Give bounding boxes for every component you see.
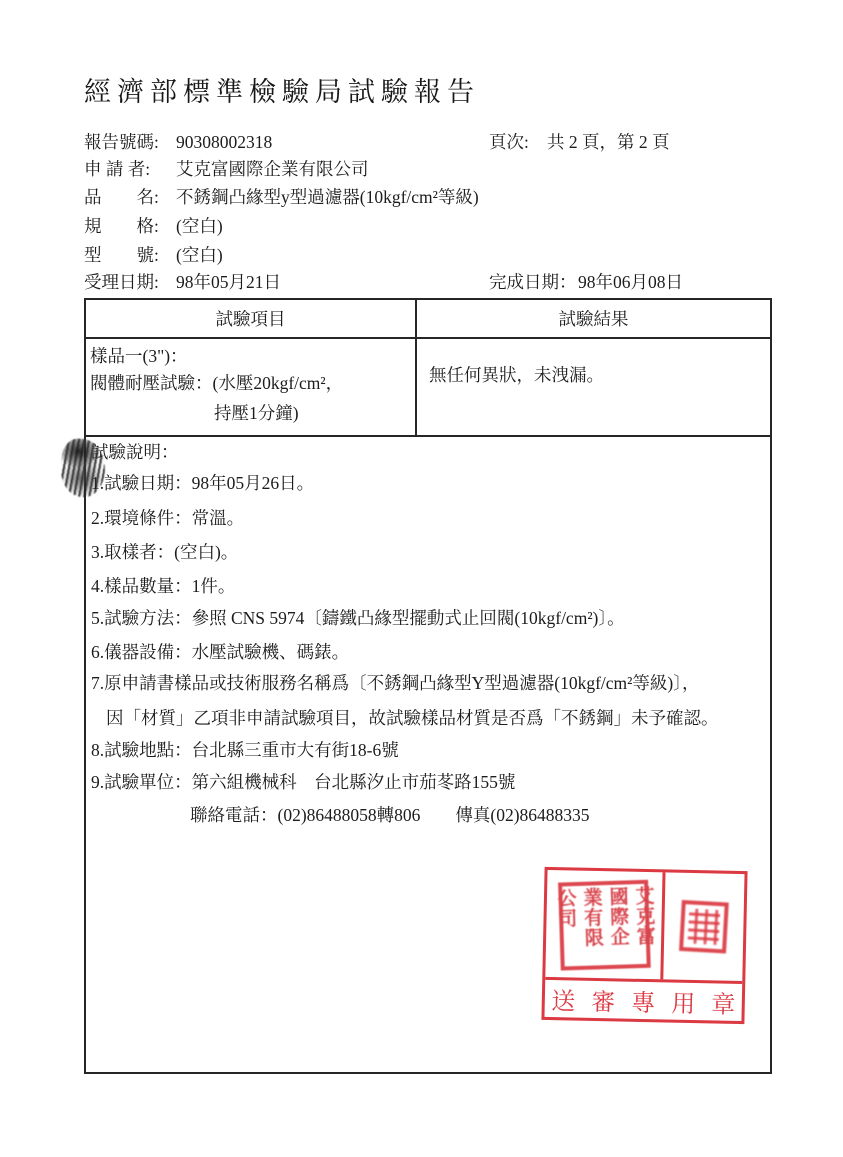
test-result-text: 無任何異狀，未洩漏。 <box>429 362 604 387</box>
model-value: (空白) <box>176 244 223 266</box>
stamp-legend: 送審專用章 <box>544 980 742 1021</box>
notes-heading: 試驗說明： <box>91 439 179 464</box>
spec-value: (空白) <box>176 215 223 237</box>
note-line-6: 6.儀器設備：水壓試驗機、碼錶。 <box>91 639 349 664</box>
sample-line: 樣品一(3")： <box>90 343 188 368</box>
test-duration-line: 持壓1分鐘) <box>214 400 299 425</box>
complete-date-value: 98年06月08日 <box>578 271 683 293</box>
personal-seal-icon <box>679 900 729 954</box>
scanned-report-page: 經濟部標準檢驗局試驗報告 報告號碼: 90308002318 頁次: 共 2 頁… <box>0 0 843 1157</box>
column-header-test-item: 試驗項目 <box>86 300 417 337</box>
note-line-2: 2.環境條件：常溫。 <box>91 505 244 530</box>
note-line-9: 9.試驗單位：第六組機械科 台北縣汐止市茄苳路155號 <box>91 769 515 794</box>
note-line-3: 3.取樣者：(空白)。 <box>91 539 238 564</box>
report-no-label: 報告號碼: <box>84 131 159 153</box>
model-label: 型 號: <box>84 244 159 266</box>
spec-label: 規 格: <box>84 215 159 237</box>
note-line-1: 1.試驗日期：98年05月26日。 <box>91 470 314 495</box>
product-name-label: 品 名: <box>84 186 159 208</box>
applicant-label: 申 請 者: <box>84 158 150 180</box>
page-count-value: 共 2 頁，第 2 頁 <box>547 131 670 153</box>
personal-seal-cell <box>663 872 744 981</box>
note-line-7-continued: 因「材質」乙項非申請試驗項目，故試驗樣品材質是否爲「不銹鋼」未予確認。 <box>106 705 719 730</box>
column-header-test-result: 試驗結果 <box>417 300 770 337</box>
page-count-label: 頁次: <box>489 131 529 153</box>
submission-stamp: 艾克富國際企業有限公司 送審專用章 <box>541 867 747 1024</box>
accept-date-value: 98年05月21日 <box>176 271 281 293</box>
page-title: 經濟部標準檢驗局試驗報告 <box>84 70 480 109</box>
note-line-8: 8.試驗地點：台北縣三重市大有街18-6號 <box>91 737 399 762</box>
report-no-value: 90308002318 <box>176 131 272 153</box>
company-seal-cell: 艾克富國際企業有限公司 <box>545 870 665 979</box>
test-method-line: 閥體耐壓試驗：(水壓20kgf/cm²， <box>90 370 343 395</box>
note-line-5: 5.試驗方法：參照 CNS 5974〔鑄鐵凸緣型擺動式止回閥(10kgf/cm²… <box>91 605 625 630</box>
note-contact-line: 聯絡電話：(02)86488058轉806 傳真(02)86488335 <box>190 802 590 827</box>
test-result-cell: 無任何異狀，未洩漏。 <box>417 339 770 435</box>
applicant-value: 艾克富國際企業有限公司 <box>176 158 369 180</box>
company-seal-icon: 艾克富國際企業有限公司 <box>558 879 651 970</box>
stamp-seal-row: 艾克富國際企業有限公司 <box>545 870 744 984</box>
note-line-7: 7.原申請書樣品或技術服務名稱爲〔不銹鋼凸緣型Y型過濾器(10kgf/cm²等級… <box>91 670 699 695</box>
complete-date-label: 完成日期： <box>489 271 577 293</box>
test-item-cell: 樣品一(3")： 閥體耐壓試驗：(水壓20kgf/cm²， 持壓1分鐘) <box>86 339 417 435</box>
accept-date-label: 受理日期: <box>84 271 159 293</box>
table-row: 樣品一(3")： 閥體耐壓試驗：(水壓20kgf/cm²， 持壓1分鐘) 無任何… <box>86 339 770 437</box>
company-seal-text: 艾克富國際企業有限公司 <box>551 885 657 964</box>
table-header-row: 試驗項目 試驗結果 <box>86 300 770 339</box>
product-name-value: 不銹鋼凸緣型y型過濾器(10kgf/cm²等級) <box>176 186 479 208</box>
note-line-4: 4.樣品數量：1件。 <box>91 573 235 598</box>
